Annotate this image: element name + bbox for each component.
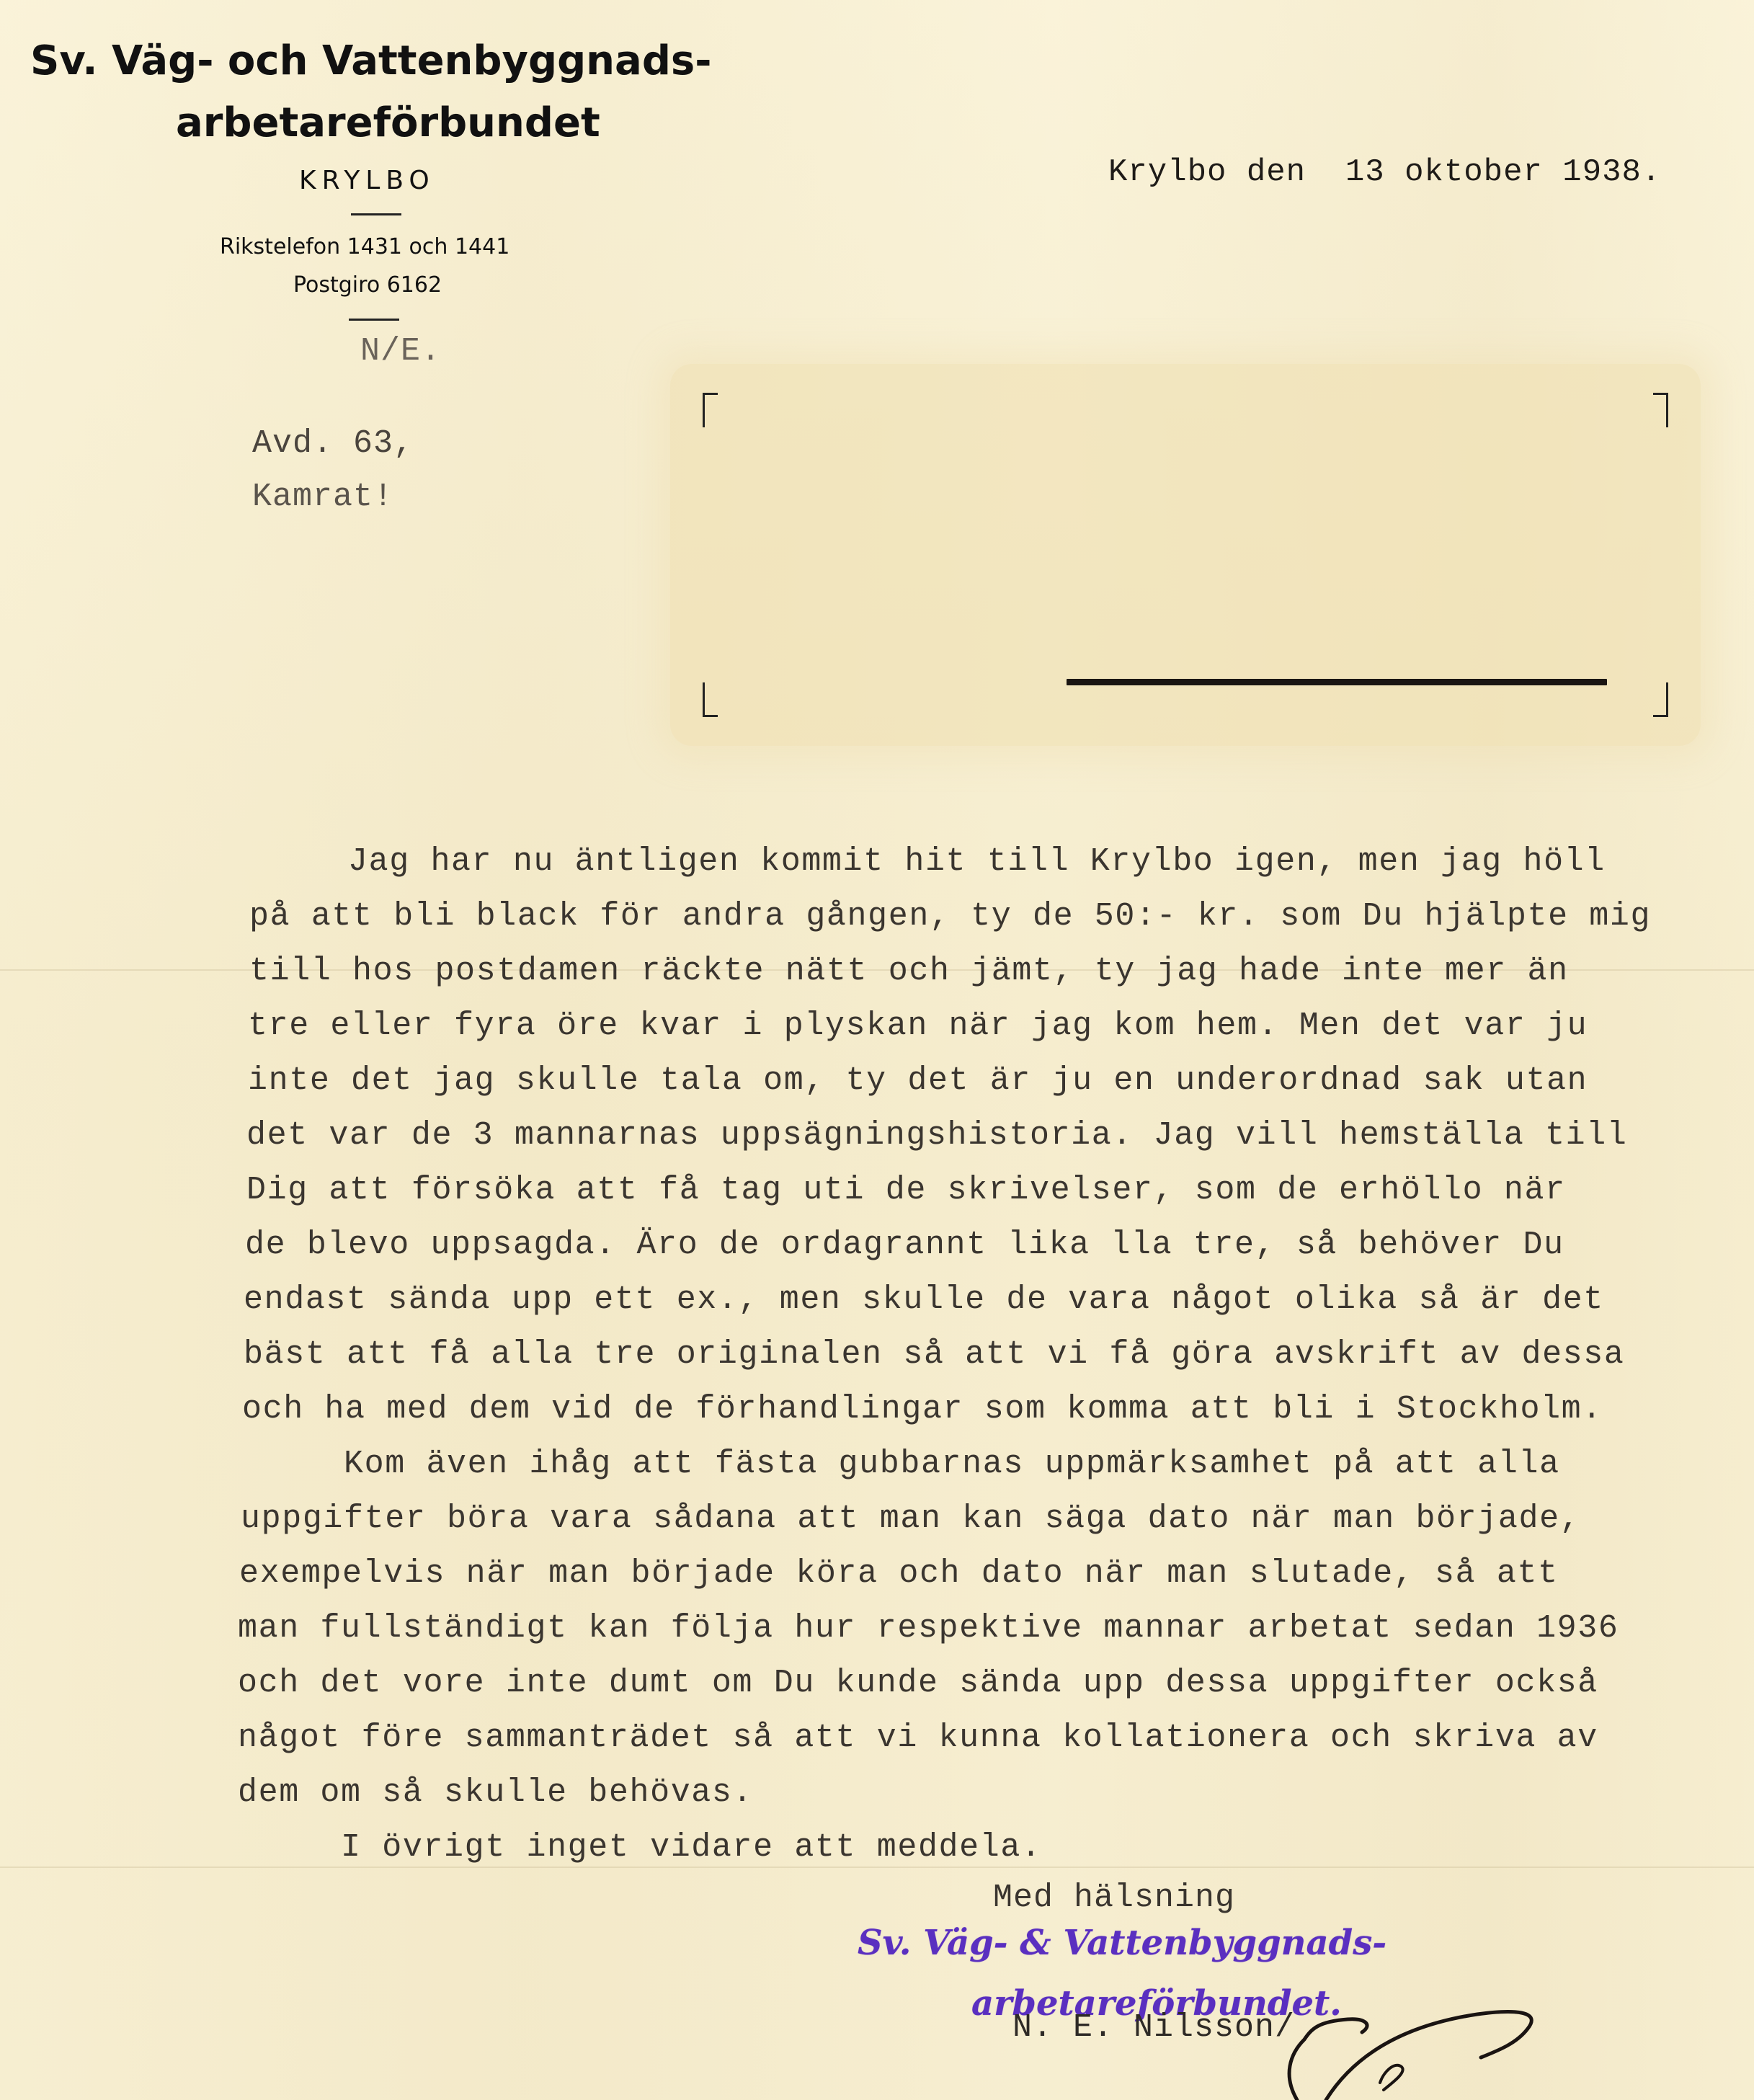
body-line: man fullständigt kan följa hur respektiv…	[238, 1610, 1619, 1647]
salutation: Kamrat!	[252, 479, 393, 515]
corner-mark	[703, 393, 718, 427]
recipient-section: Avd. 63,	[252, 425, 414, 462]
org-stamp-line1: Sv. Väg- & Vattenbyggnads-	[858, 1923, 1386, 1963]
org-postgiro: Postgiro 6162	[293, 272, 442, 298]
body-line: dem om så skulle behövas.	[238, 1774, 753, 1811]
paper-fold	[0, 1867, 1754, 1868]
date-line: Krylbo den 13 oktober 1938.	[1108, 154, 1661, 190]
divider	[351, 213, 401, 215]
org-name-line1: Sv. Väg- och Vattenbyggnads-	[30, 37, 712, 84]
body-line: på att bli black för andra gången, ty de…	[249, 898, 1651, 935]
closing-greeting: Med hälsning	[993, 1879, 1235, 1916]
corner-mark	[703, 682, 718, 717]
body-line: tre eller fyra öre kvar i plyskan när ja…	[248, 1007, 1588, 1044]
body-line: till hos postdamen räckte nätt och jämt,…	[249, 953, 1569, 989]
body-line: något före sammanträdet så att vi kunna …	[238, 1719, 1598, 1756]
org-name-line2: arbetareförbundet	[176, 99, 600, 146]
org-phone: Rikstelefon 1431 och 1441	[220, 234, 509, 259]
body-line: bäst att få alla tre originalen så att v…	[244, 1336, 1625, 1373]
body-line: endast sända upp ett ex., men skulle de …	[244, 1281, 1604, 1318]
address-rule	[1067, 679, 1607, 685]
body-line: exempelvis när man började köra och dato…	[239, 1555, 1559, 1592]
body-line: Dig att försöka att få tag uti de skrive…	[246, 1172, 1566, 1209]
corner-mark	[1653, 393, 1668, 427]
body-line: inte det jag skulle tala om, ty det är j…	[248, 1062, 1588, 1099]
address-window	[670, 364, 1701, 746]
body-line: uppgifter böra vara sådana att man kan s…	[241, 1500, 1580, 1537]
handwritten-signature	[1239, 1989, 1754, 2100]
body-line: Kom även ihåg att fästa gubbarnas uppmär…	[241, 1446, 1560, 1482]
body-line: och ha med dem vid de förhandlingar som …	[242, 1391, 1603, 1428]
corner-mark	[1653, 682, 1668, 717]
body-line: de blevo uppsagda. Äro de ordagrannt lik…	[245, 1227, 1564, 1263]
org-city: KRYLBO	[299, 166, 435, 195]
body-line: I övrigt inget vidare att meddela.	[238, 1829, 1042, 1866]
body-line: och det vore inte dumt om Du kunde sända…	[238, 1665, 1598, 1701]
body-line: det var de 3 mannarnas uppsägningshistor…	[246, 1117, 1628, 1154]
divider	[349, 319, 399, 321]
body-line: Jag har nu äntligen kommit hit till Kryl…	[245, 843, 1606, 880]
reference-initials: N/E.	[360, 333, 441, 370]
